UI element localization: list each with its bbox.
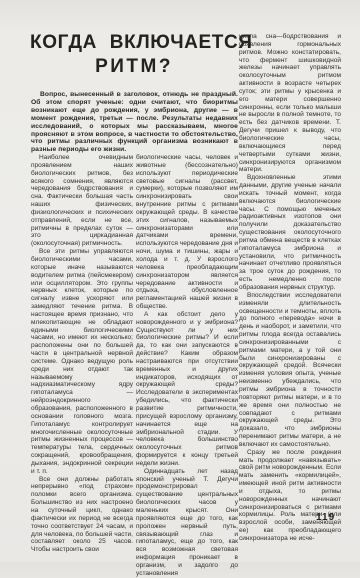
text-column-middle: биологические часы, человек и животные (… <box>136 154 238 516</box>
text-column-right: цикла сна—бодрствования и появления горм… <box>239 33 341 516</box>
paragraph: Все эти ритмы управляются биологическими… <box>31 248 133 475</box>
title-line-1: КОГДА ВКЛЮЧАЕТСЯ <box>30 31 238 55</box>
title-line-2: РИТМ? <box>30 55 238 79</box>
paragraph: Одиннадцать лет назад японский ученый Т.… <box>136 468 238 562</box>
paragraph: Вдохновленные этими данными, другие учен… <box>239 174 341 292</box>
page-number: 119 <box>316 512 335 523</box>
page-title: КОГДА ВКЛЮЧАЕТСЯ РИТМ? <box>30 31 238 79</box>
text-column-left: Наиболее очевидным проявлением наших био… <box>31 154 133 516</box>
magazine-page: КОГДА ВКЛЮЧАЕТСЯ РИТМ? Вопрос, вынесенны… <box>0 0 360 562</box>
paragraph: А как обстоит дело у новорожденного и у … <box>136 311 238 468</box>
paragraph: Наиболее очевидным проявлением наших био… <box>31 154 133 248</box>
paragraph: биологические часы, человек и животные (… <box>136 154 238 311</box>
paragraph: цикла сна—бодрствования и появления горм… <box>239 33 341 174</box>
paragraph: Сразу же после рождения мать продолжает … <box>239 449 341 543</box>
paragraph: Все они должны работать непрерывно «под … <box>31 476 133 554</box>
lead-paragraph: Вопрос, вынесенный в заголовок, отнюдь н… <box>31 91 238 154</box>
paragraph: Впоследствии исследователи изменяли длит… <box>239 292 341 449</box>
